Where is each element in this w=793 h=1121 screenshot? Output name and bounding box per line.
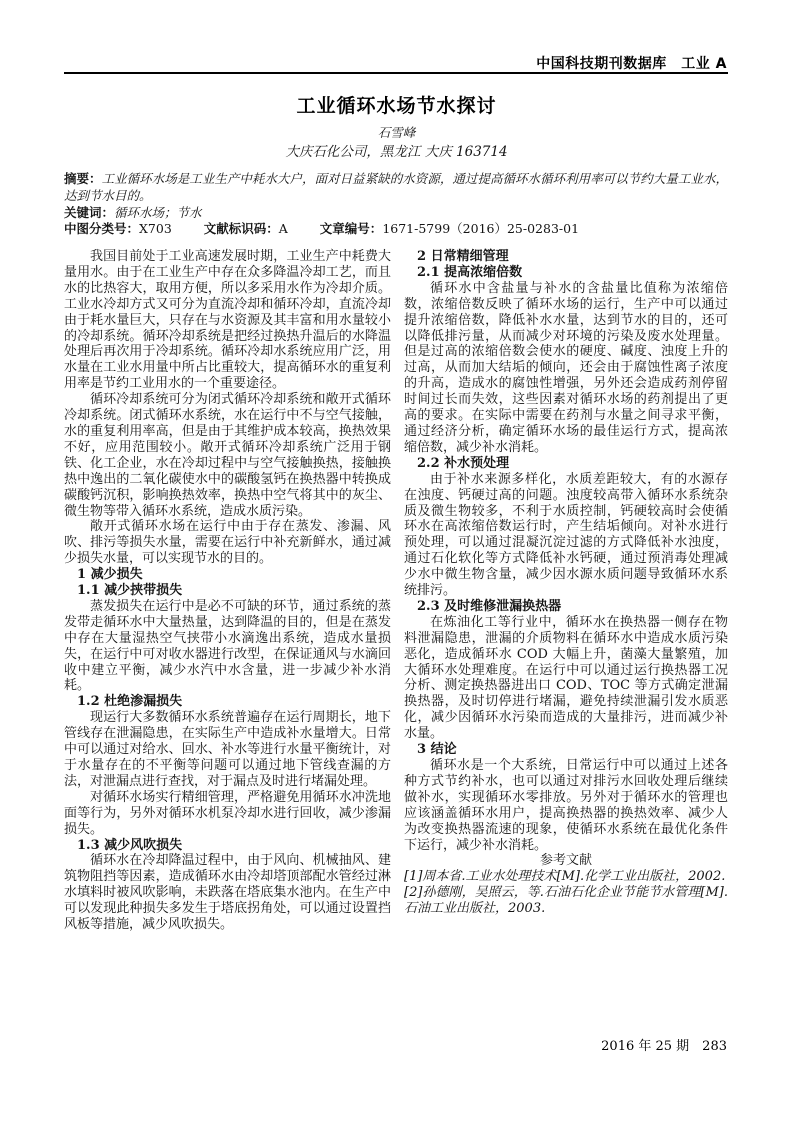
section-heading: 2 日常精细管理 — [404, 249, 728, 265]
body-paragraph: 由于补水来源多样化，水质差距较大，有的水源存在浊度、钙硬过高的问题。浊度较高带入… — [404, 472, 728, 599]
abstract-label: 摘要： — [64, 171, 102, 186]
section-heading: 1.1 减少挟带损失 — [64, 583, 391, 599]
section-heading: 2.2 补水预处理 — [404, 456, 728, 472]
reference-item: [1]周本省.工业水处理技术[M].化学工业出版社，2002. — [404, 869, 728, 885]
body-paragraph: 现运行大多数循环水系统普遍存在运行周期长，地下管线存在泄漏隐患，在实际生产中造成… — [64, 710, 391, 790]
journal-database-header: 中国科技期刊数据库 工业 A — [64, 53, 727, 73]
body-paragraph: 蒸发损失在运行中是必不可缺的环节，通过系统的蒸发带走循环水中大量热量，达到降温的… — [64, 599, 391, 694]
clc-label: 中图分类号： — [64, 221, 139, 236]
section-heading: 1.2 杜绝渗漏损失 — [64, 694, 391, 710]
article-no-value: 1671-5799（2016）25-0283-01 — [382, 221, 579, 236]
right-column: 2 日常精细管理2.1 提高浓缩倍数循环水中含盐量与补水的含盐量比值称为浓缩倍数… — [404, 249, 728, 917]
keywords-line: 关键词：循环水场；节水 — [64, 205, 728, 222]
section-heading: 3 结论 — [404, 742, 728, 758]
body-paragraph: 循环水在冷却降温过程中，由于风向、机械抽风、建筑物阻挡等因素，造成循环水由冷却塔… — [64, 853, 391, 933]
keywords-label: 关键词： — [64, 205, 114, 220]
header-rule — [64, 72, 728, 74]
body-paragraph: 循环冷却系统可分为闭式循环冷却系统和敞开式循环冷却系统。闭式循环水系统，水在运行… — [64, 392, 391, 519]
abstract-text: 工业循环水场是工业生产中耗水大户，面对日益紧缺的水资源，通过提高循环水循环利用率… — [64, 171, 728, 203]
body-paragraph: 对循环水场实行精细管理，严格避免用循环水冲洗地面等行为，另外对循环水机泵冷却水进… — [64, 790, 391, 838]
reference-item: [2]孙德刚，吴照云，等.石油石化企业节能节水管理[M].石油工业出版社，200… — [404, 885, 728, 917]
body-paragraph: 在炼油化工等行业中，循环水在换热器一侧存在物料泄漏隐患，泄漏的介质物料在循环水中… — [404, 615, 728, 742]
section-heading: 1 减少损失 — [64, 567, 391, 583]
body-paragraph: 循环水是一个大系统，日常运行中可以通过上述各种方式节约补水，也可以通过对排污水回… — [404, 758, 728, 853]
section-heading: 2.3 及时维修泄漏换热器 — [404, 599, 728, 615]
doc-code-label: 文献标识码： — [204, 221, 279, 236]
classification-line: 中图分类号：X703 文献标识码：A 文章编号：1671-5799（2016）2… — [64, 221, 728, 238]
clc-segment: 中图分类号：X703 — [64, 221, 172, 238]
doc-code-value: A — [279, 221, 288, 236]
body-paragraph: 循环水中含盐量与补水的含盐量比值称为浓缩倍数，浓缩倍数反映了循环水场的运行，生产… — [404, 281, 728, 456]
clc-value: X703 — [139, 221, 172, 236]
doc-code-segment: 文献标识码：A — [204, 221, 288, 238]
section-heading: 2.1 提高浓缩倍数 — [404, 265, 728, 281]
article-meta: 摘要：工业循环水场是工业生产中耗水大户，面对日益紧缺的水资源，通过提高循环水循环… — [64, 171, 728, 238]
article-no-label: 文章编号： — [320, 221, 383, 236]
references-heading: 参考文献 — [404, 853, 728, 869]
section-heading: 1.3 减少风吹损失 — [64, 838, 391, 854]
author-name: 石雪峰 — [0, 123, 793, 141]
author-affiliation: 大庆石化公司，黑龙江 大庆 163714 — [0, 140, 793, 160]
keywords-text: 循环水场；节水 — [114, 205, 202, 220]
article-no-segment: 文章编号：1671-5799（2016）25-0283-01 — [320, 221, 579, 238]
journal-page: 中国科技期刊数据库 工业 A 工业循环水场节水探讨 石雪峰 大庆石化公司，黑龙江… — [0, 0, 793, 1121]
abstract-line: 摘要：工业循环水场是工业生产中耗水大户，面对日益紧缺的水资源，通过提高循环水循环… — [64, 171, 728, 205]
issue-page-footer: 2016 年 25 期 283 — [64, 1035, 727, 1054]
left-column: 我国目前处于工业高速发展时期，工业生产中耗费大量用水。由于在工业生产中存在众多降… — [64, 249, 391, 933]
article-title: 工业循环水场节水探讨 — [0, 91, 793, 118]
body-paragraph: 我国目前处于工业高速发展时期，工业生产中耗费大量用水。由于在工业生产中存在众多降… — [64, 249, 391, 392]
body-paragraph: 敞开式循环水场在运行中由于存在蒸发、渗漏、风吹、排污等损失水量，需要在运行中补充… — [64, 519, 391, 567]
